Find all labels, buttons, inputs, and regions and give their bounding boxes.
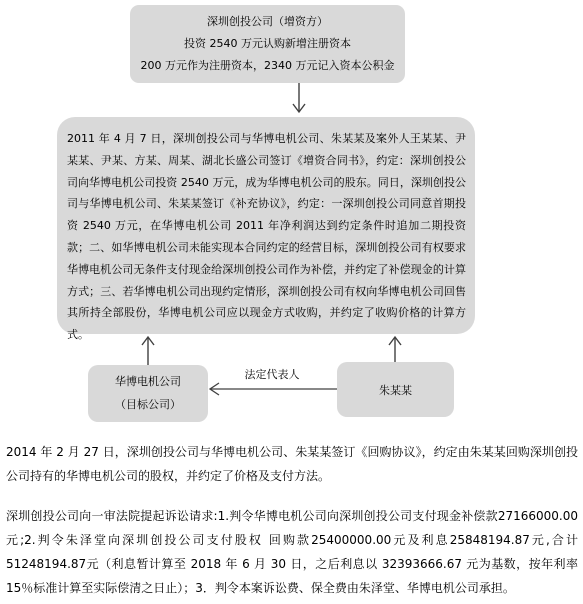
legal-representative-label: 法定代表人: [217, 366, 327, 382]
investor-box-line2: 投资 2540 万元认购新增注册资本: [130, 33, 405, 55]
arrow-left-icon: [206, 381, 340, 397]
investor-box-title: 深圳创投公司（增资方）: [130, 11, 405, 33]
person-box: 朱某某: [337, 362, 454, 417]
target-company-role: （目标公司）: [88, 393, 208, 416]
investor-box-line3: 200 万元作为注册资本，2340 万元记入资本公积金: [130, 55, 405, 77]
person-name: 朱某某: [379, 382, 412, 398]
repurchase-paragraph: 2014 年 2 月 27 日，深圳创投公司与华博电机公司、朱某某签订《回购协议…: [6, 440, 578, 488]
investor-box: 深圳创投公司（增资方） 投资 2540 万元认购新增注册资本 200 万元作为注…: [130, 5, 405, 83]
arrow-up-right-icon: [387, 334, 403, 363]
target-company-name: 华博电机公司: [88, 370, 208, 393]
target-company-box: 华博电机公司 （目标公司）: [88, 365, 208, 422]
legal-case-diagram-page: 深圳创投公司（增资方） 投资 2540 万元认购新增注册资本 200 万元作为注…: [0, 0, 583, 604]
litigation-paragraph: 深圳创投公司向一审法院提起诉讼请求:1.判令华博电机公司向深圳创投公司支付现金补…: [6, 504, 578, 600]
agreement-box: 2011 年 4 月 7 日，深圳创投公司与华博电机公司、朱某某及案外人王某某、…: [57, 117, 475, 334]
arrow-up-left-icon: [140, 334, 156, 365]
arrow-down-icon: [291, 83, 307, 116]
agreement-text: 2011 年 4 月 7 日，深圳创投公司与华博电机公司、朱某某及案外人王某某、…: [67, 132, 466, 341]
